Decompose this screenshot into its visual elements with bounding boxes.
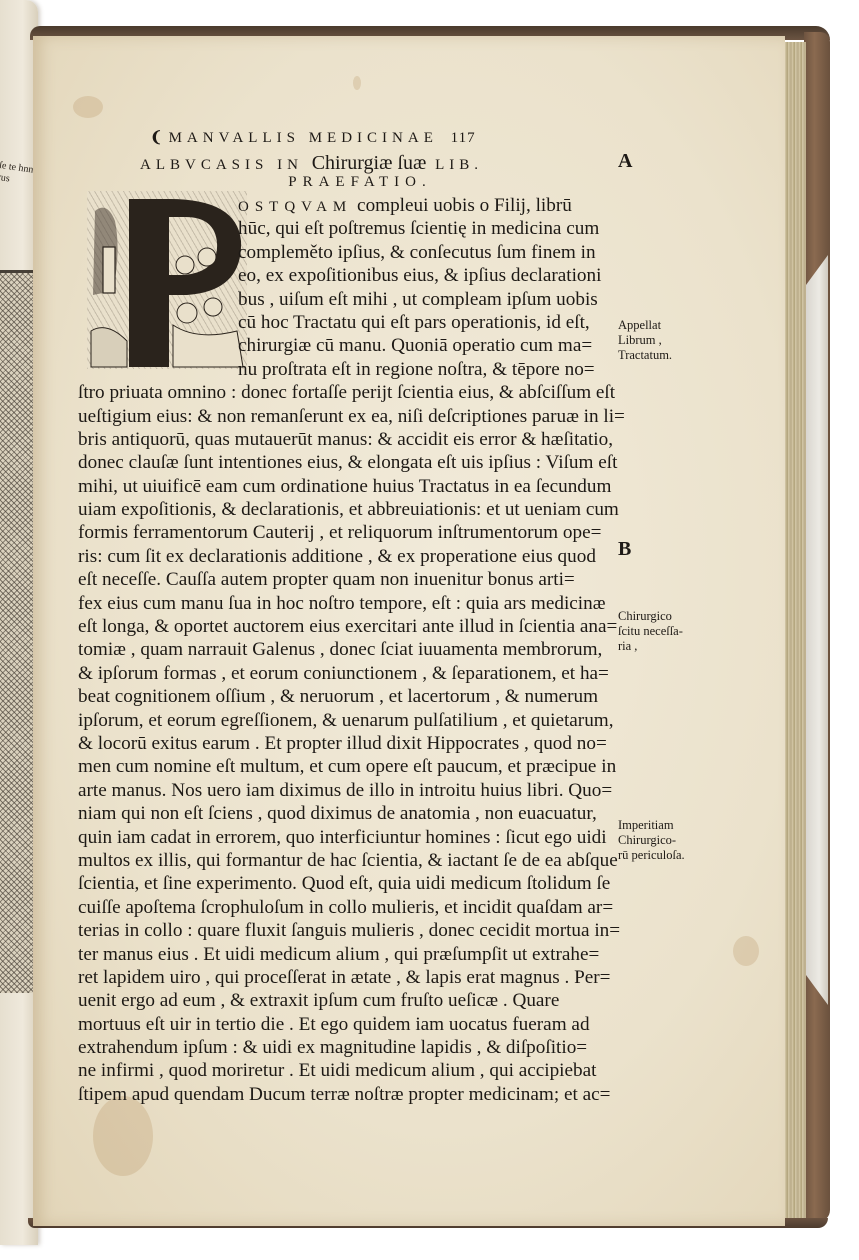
running-head-title: MANVALLIS MEDICINAE xyxy=(169,130,438,146)
margin-note-line: Tractatum. xyxy=(618,348,672,363)
body-line: ipſorum, et eorum egreſſionem, & uenarum… xyxy=(78,709,608,732)
body-line: eſt longa, & oportet auctorem eius exerc… xyxy=(78,615,608,638)
margin-note-line: Chirurgico xyxy=(618,609,683,624)
section-marker-b: B xyxy=(618,538,631,561)
body-line: nu proſtrata eſt in regione noſtra, & tē… xyxy=(78,358,608,381)
foxing-stain xyxy=(733,936,759,966)
body-line: extrahendum ipſum : & uidi ex magnitudin… xyxy=(78,1036,608,1059)
body-line: eſt neceſſe. Cauſſa autem propter quam n… xyxy=(78,568,608,591)
body-line: & locorū exitus earum . Et propter illud… xyxy=(78,732,608,755)
body-line: donec clauſæ ſunt intentiones eius, & el… xyxy=(78,451,608,474)
body-line: ter manus eius . Et uidi medicum alium ,… xyxy=(78,943,608,966)
margin-note-imperitiam: Imperitiam Chirurgico- rū periculoſa. xyxy=(618,818,685,863)
margin-note-line: Librum , xyxy=(618,333,672,348)
title-part-mixed: Chirurgiæ ſuæ xyxy=(312,152,427,174)
body-line-text: compleui uobis o Filij, librū xyxy=(357,195,572,216)
body-line: uiam expoſitionis, & declarationis, et a… xyxy=(78,498,608,521)
binding-worn-vellum-patch xyxy=(806,255,828,1005)
body-line: niam qui non eſt ſciens , quod diximus d… xyxy=(78,802,608,825)
body-line: ſtro priuata omnino : donec fortaſſe per… xyxy=(78,381,608,404)
body-line: eo, ex expoſitionibus eius, & ipſius dec… xyxy=(78,264,608,287)
facing-page-woodcut-illustration xyxy=(0,270,34,993)
margin-note-line: rū periculoſa. xyxy=(618,848,685,863)
body-line: & ipſorum formas , et eorum coniunctione… xyxy=(78,662,608,685)
body-line: hūc, qui eſt poſtremus ſcientię in medic… xyxy=(78,217,608,240)
body-line: terias in collo : quare fluxit ſanguis m… xyxy=(78,919,608,942)
margin-note-appellat: Appellat Librum , Tractatum. xyxy=(618,318,672,363)
body-line: beat cognitionem oſſium , & neruorum , e… xyxy=(78,685,608,708)
body-line: multos ex illis, qui formantur de hac ſc… xyxy=(78,849,608,872)
body-line: OSTQVAM compleui uobis o Filij, librū xyxy=(78,194,608,217)
body-line: arte manus. Nos uero iam diximus de illo… xyxy=(78,779,608,802)
body-line: fex eius cum manu ſua in hoc noſtro temp… xyxy=(78,592,608,615)
body-text-block: OSTQVAM compleui uobis o Filij, librū hū… xyxy=(78,194,608,1106)
margin-note-line: Appellat xyxy=(618,318,672,333)
body-line: ſtipem apud quendam Ducum terræ noſtræ p… xyxy=(78,1083,608,1106)
body-line: ris: cum ſit ex declarationis additione … xyxy=(78,545,608,568)
body-line: bris antiquorū, quas mutauerūt manus: & … xyxy=(78,428,608,451)
running-head: ❨MANVALLIS MEDICINAE 117 xyxy=(150,128,590,147)
text-block-page-edges xyxy=(782,42,806,1218)
chapter-title: ALBVCASIS IN Chirurgiæ ſuæ LIB. xyxy=(140,152,600,175)
foxing-stain xyxy=(93,1096,153,1176)
body-line: tomiæ , quam narrauit Galenus , donec ſc… xyxy=(78,638,608,661)
body-line: bus , uiſum eſt mihi , ut compleam ipſum… xyxy=(78,288,608,311)
body-line: men cum nomine eſt multum, et cum opere … xyxy=(78,755,608,778)
margin-note-line: Imperitiam xyxy=(618,818,685,833)
body-line: chirurgiæ cū manu. Quoniā operatio cum m… xyxy=(78,334,608,357)
title-part-lib: LIB. xyxy=(435,157,483,173)
body-line: compleměto ipſius, & conſecutus ſum fine… xyxy=(78,241,608,264)
body-line: ueſtigium eius: & non remanſerunt ex ea,… xyxy=(78,405,608,428)
body-line: ret lapidem uiro , qui proceſſerat in æt… xyxy=(78,966,608,989)
first-word-small-caps: OSTQVAM xyxy=(238,199,352,215)
foxing-stain xyxy=(353,76,361,90)
body-line: cuiſſe apoſtema ſcrophuloſum in collo mu… xyxy=(78,896,608,919)
section-marker-a: A xyxy=(618,150,632,173)
body-line: quin iam cadat in errorem, quo interfici… xyxy=(78,826,608,849)
folio-number: 117 xyxy=(451,130,476,146)
body-line: ne infirmi , quod moriretur . Et uidi me… xyxy=(78,1059,608,1082)
title-part-caps: ALBVCASIS IN xyxy=(140,157,303,173)
margin-note-line: ſcitu neceſſa- xyxy=(618,624,683,639)
margin-note-line: ria , xyxy=(618,639,683,654)
body-line: formis ferramentorum Cauterij , et reliq… xyxy=(78,521,608,544)
body-line: uenit ergo ad eum , & extraxit ipſum cum… xyxy=(78,989,608,1012)
section-heading: PRAEFATIO. xyxy=(140,174,580,191)
body-line: cū hoc Tractatu qui eſt pars operationis… xyxy=(78,311,608,334)
body-line: mihi, ut uiuificē eam cum ordinatione hu… xyxy=(78,475,608,498)
body-line: ſcientia, et ſine experimento. Quod eſt,… xyxy=(78,872,608,895)
margin-note-line: Chirurgico- xyxy=(618,833,685,848)
paragraph-mark-icon: ❨ xyxy=(150,130,163,146)
body-line: mortuus eſt uir in tertio die . Et ego q… xyxy=(78,1013,608,1036)
margin-note-chirurgico: Chirurgico ſcitu neceſſa- ria , xyxy=(618,609,683,654)
foxing-stain xyxy=(73,96,103,118)
